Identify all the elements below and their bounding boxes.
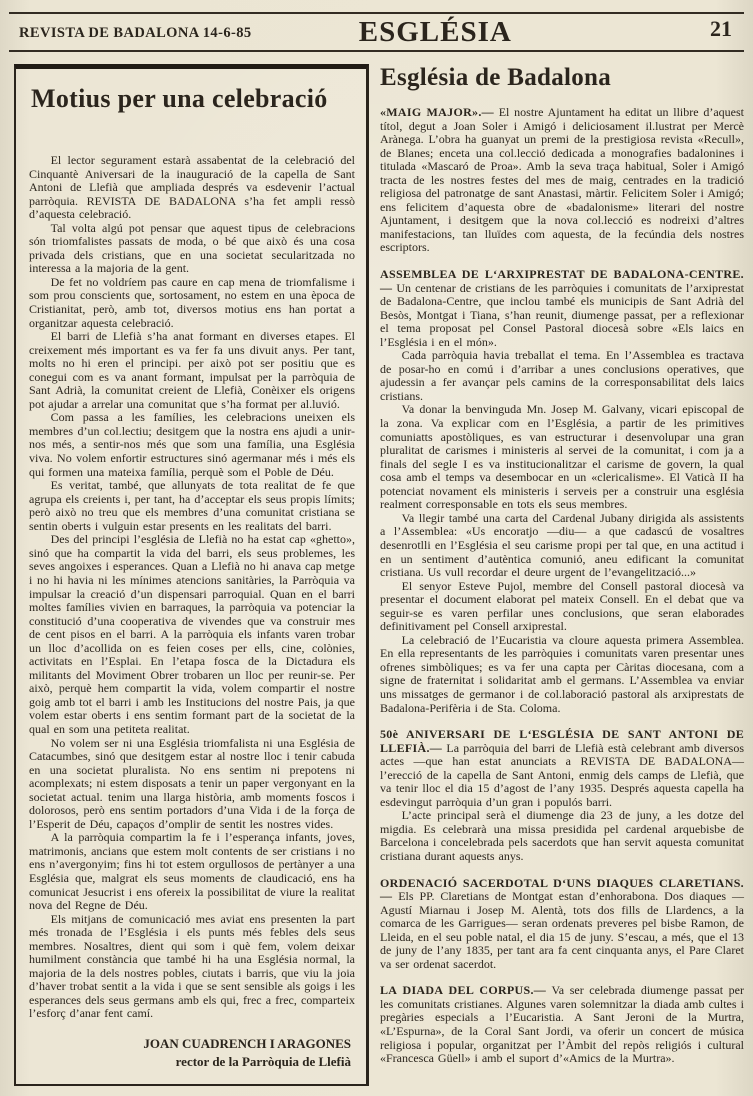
section-lead: LA DIADA DEL CORPUS.— Va ser celebrada d… [380, 984, 744, 1065]
top-rule [9, 12, 744, 14]
news-section-ordenacio-sacerdotal: ORDENACIÓ SACERDOTAL D‘UNS DIAQUES CLARE… [380, 877, 744, 972]
signature-role: rector de la Parròquia de Llefià [29, 1053, 351, 1071]
article-paragraph: No volem ser ni una Església triomfalist… [29, 737, 355, 832]
section-paragraph: Cada parròquia havia treballat el tema. … [380, 349, 744, 403]
section-lead: «MAIG MAJOR».— El nostre Ajuntament ha e… [380, 106, 744, 255]
page-columns: Motius per una celebració El lector segu… [14, 64, 746, 1086]
section-paragraph: Va llegir també una carta del Cardenal J… [380, 512, 744, 580]
masthead: REVISTA DE BADALONA 14-6-85 [19, 25, 252, 42]
section-lead: 50è ANIVERSARI DE L‘ESGLÉSIA DE SANT ANT… [380, 728, 744, 809]
article-paragraph: Els mitjans de comunicació mes aviat ens… [29, 913, 355, 1021]
article-paragraph: A la parròquia compartim la fe i l’esper… [29, 831, 355, 912]
section-paragraph: El nostre Ajuntament ha editat un llibre… [380, 105, 744, 254]
signature-name: JOAN CUADRENCH I ARAGONES [29, 1035, 351, 1053]
article-paragraph: El barri de Llefià s’ha anat formant en … [29, 330, 355, 411]
right-column-title: Església de Badalona [380, 64, 744, 92]
news-section-assemblea-arxiprestat: ASSEMBLEA DE L‘ARXIPRESTAT DE BADALONA-C… [380, 268, 744, 715]
news-section-diada-corpus: LA DIADA DEL CORPUS.— Va ser celebrada d… [380, 984, 744, 1065]
section-paragraph: Un centenar de cristians de les parròqui… [380, 281, 744, 349]
article-paragraph: Com passa a les famílies, les celebracio… [29, 411, 355, 479]
newspaper-page: REVISTA DE BADALONA 14-6-85 ESGLÉSIA 21 … [0, 0, 753, 1096]
article-signature: JOAN CUADRENCH I ARAGONES rector de la P… [29, 1035, 355, 1070]
left-article-box: Motius per una celebració El lector segu… [14, 64, 369, 1086]
article-paragraph: El lector segurament estarà assabentat d… [29, 154, 355, 222]
article-paragraph: Des del principi l’església de Llefià no… [29, 533, 355, 736]
left-article-title: Motius per una celebració [31, 84, 355, 114]
right-column: Església de Badalona «MAIG MAJOR».— El n… [380, 64, 746, 1079]
section-paragraph: Els PP. Claretians de Montgat estan d’en… [380, 889, 744, 971]
article-paragraph: De fet no voldríem pas caure en cap mena… [29, 276, 355, 330]
section-paragraph: El senyor Esteve Pujol, membre del Conse… [380, 580, 744, 634]
article-paragraph: Tal volta algú pot pensar que aquest tip… [29, 222, 355, 276]
article-paragraph: Es veritat, també, que allunyats de tota… [29, 479, 355, 533]
section-heading: LA DIADA DEL CORPUS.— [380, 983, 546, 997]
section-lead: ASSEMBLEA DE L‘ARXIPRESTAT DE BADALONA-C… [380, 268, 744, 349]
page-header: REVISTA DE BADALONA 14-6-85 ESGLÉSIA 21 [9, 18, 744, 48]
section-paragraph: L’acte principal serà el diumenge dia 23… [380, 809, 744, 863]
section-paragraph: La celebració de l’Eucaristia va cloure … [380, 634, 744, 715]
section-lead: ORDENACIÓ SACERDOTAL D‘UNS DIAQUES CLARE… [380, 877, 744, 972]
section-heading: «MAIG MAJOR».— [380, 105, 494, 119]
page-number: 21 [710, 16, 732, 42]
news-section-50-aniversari: 50è ANIVERSARI DE L‘ESGLÉSIA DE SANT ANT… [380, 728, 744, 863]
section-title: ESGLÉSIA [359, 16, 512, 49]
news-section-maig-major: «MAIG MAJOR».— El nostre Ajuntament ha e… [380, 106, 744, 255]
section-paragraph: Va donar la benvinguda Mn. Josep M. Galv… [380, 403, 744, 511]
header-rule [9, 50, 744, 52]
